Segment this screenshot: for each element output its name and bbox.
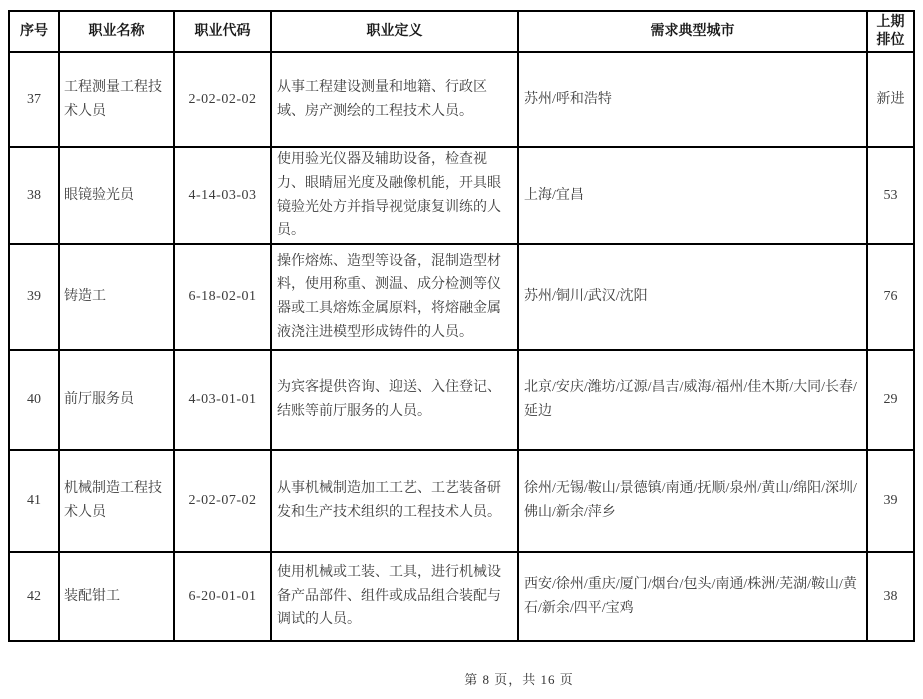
occupation-name-cell: 装配钳工 <box>59 552 174 641</box>
cities-cell: 北京/安庆/潍坊/辽源/昌吉/威海/福州/佳木斯/大同/长春/延边 <box>518 350 867 450</box>
table-row: 42 装配钳工 6-20-01-01 使用机械或工装、工具，进行机械设备产品部件… <box>9 552 914 641</box>
occupation-name-cell: 工程测量工程技术人员 <box>59 52 174 147</box>
occupation-code-cell: 4-14-03-03 <box>174 147 271 244</box>
cities-cell: 徐州/无锡/鞍山/景德镇/南通/抚顺/泉州/黄山/绵阳/深圳/佛山/新余/萍乡 <box>518 450 867 552</box>
cities-cell: 上海/宜昌 <box>518 147 867 244</box>
col-header-code: 职业代码 <box>174 11 271 52</box>
occupation-code-cell: 6-20-01-01 <box>174 552 271 641</box>
definition-cell: 操作熔炼、造型等设备，混制造型材料，使用称重、测温、成分检测等仪器或工具熔炼金属… <box>271 244 518 350</box>
occupation-name-cell: 机械制造工程技术人员 <box>59 450 174 552</box>
row-no-cell: 39 <box>9 244 59 350</box>
occupation-name-cell: 眼镜验光员 <box>59 147 174 244</box>
cities-cell: 苏州/呼和浩特 <box>518 52 867 147</box>
occupation-table: 序号 职业名称 职业代码 职业定义 需求典型城市 上期排位 37 工程测量工程技… <box>8 10 915 642</box>
definition-cell: 使用机械或工装、工具，进行机械设备产品部件、组件或成品组合装配与调试的人员。 <box>271 552 518 641</box>
occupation-code-cell: 2-02-02-02 <box>174 52 271 147</box>
rank-cell: 53 <box>867 147 914 244</box>
occupation-name-cell: 前厅服务员 <box>59 350 174 450</box>
col-header-rank: 上期排位 <box>867 11 914 52</box>
page-number-footer: 第 8 页，共 16 页 <box>0 669 923 688</box>
definition-cell: 为宾客提供咨询、迎送、入住登记、结账等前厅服务的人员。 <box>271 350 518 450</box>
col-header-cities: 需求典型城市 <box>518 11 867 52</box>
table-row: 39 铸造工 6-18-02-01 操作熔炼、造型等设备，混制造型材料，使用称重… <box>9 244 914 350</box>
cities-cell: 西安/徐州/重庆/厦门/烟台/包头/南通/株洲/芜湖/鞍山/黄石/新余/四平/宝… <box>518 552 867 641</box>
definition-cell: 从事机械制造加工工艺、工艺装备研发和生产技术组织的工程技术人员。 <box>271 450 518 552</box>
rank-cell: 新进 <box>867 52 914 147</box>
rank-cell: 39 <box>867 450 914 552</box>
table-row: 37 工程测量工程技术人员 2-02-02-02 从事工程建设测量和地籍、行政区… <box>9 52 914 147</box>
rank-cell: 29 <box>867 350 914 450</box>
table-row: 40 前厅服务员 4-03-01-01 为宾客提供咨询、迎送、入住登记、结账等前… <box>9 350 914 450</box>
col-header-definition: 职业定义 <box>271 11 518 52</box>
header-row: 序号 职业名称 职业代码 职业定义 需求典型城市 上期排位 <box>9 11 914 52</box>
occupation-code-cell: 2-02-07-02 <box>174 450 271 552</box>
rank-cell: 38 <box>867 552 914 641</box>
row-no-cell: 42 <box>9 552 59 641</box>
occupation-name-cell: 铸造工 <box>59 244 174 350</box>
row-no-cell: 40 <box>9 350 59 450</box>
col-header-no: 序号 <box>9 11 59 52</box>
document-page: 序号 职业名称 职业代码 职业定义 需求典型城市 上期排位 37 工程测量工程技… <box>0 0 923 699</box>
definition-cell: 使用验光仪器及辅助设备，检查视力、眼睛屈光度及融像机能，开具眼镜验光处方并指导视… <box>271 147 518 244</box>
row-no-cell: 41 <box>9 450 59 552</box>
table-row: 41 机械制造工程技术人员 2-02-07-02 从事机械制造加工工艺、工艺装备… <box>9 450 914 552</box>
occupation-code-cell: 4-03-01-01 <box>174 350 271 450</box>
table-row: 38 眼镜验光员 4-14-03-03 使用验光仪器及辅助设备，检查视力、眼睛屈… <box>9 147 914 244</box>
rank-cell: 76 <box>867 244 914 350</box>
row-no-cell: 38 <box>9 147 59 244</box>
row-no-cell: 37 <box>9 52 59 147</box>
definition-cell: 从事工程建设测量和地籍、行政区域、房产测绘的工程技术人员。 <box>271 52 518 147</box>
cities-cell: 苏州/铜川/武汉/沈阳 <box>518 244 867 350</box>
occupation-code-cell: 6-18-02-01 <box>174 244 271 350</box>
col-header-name: 职业名称 <box>59 11 174 52</box>
